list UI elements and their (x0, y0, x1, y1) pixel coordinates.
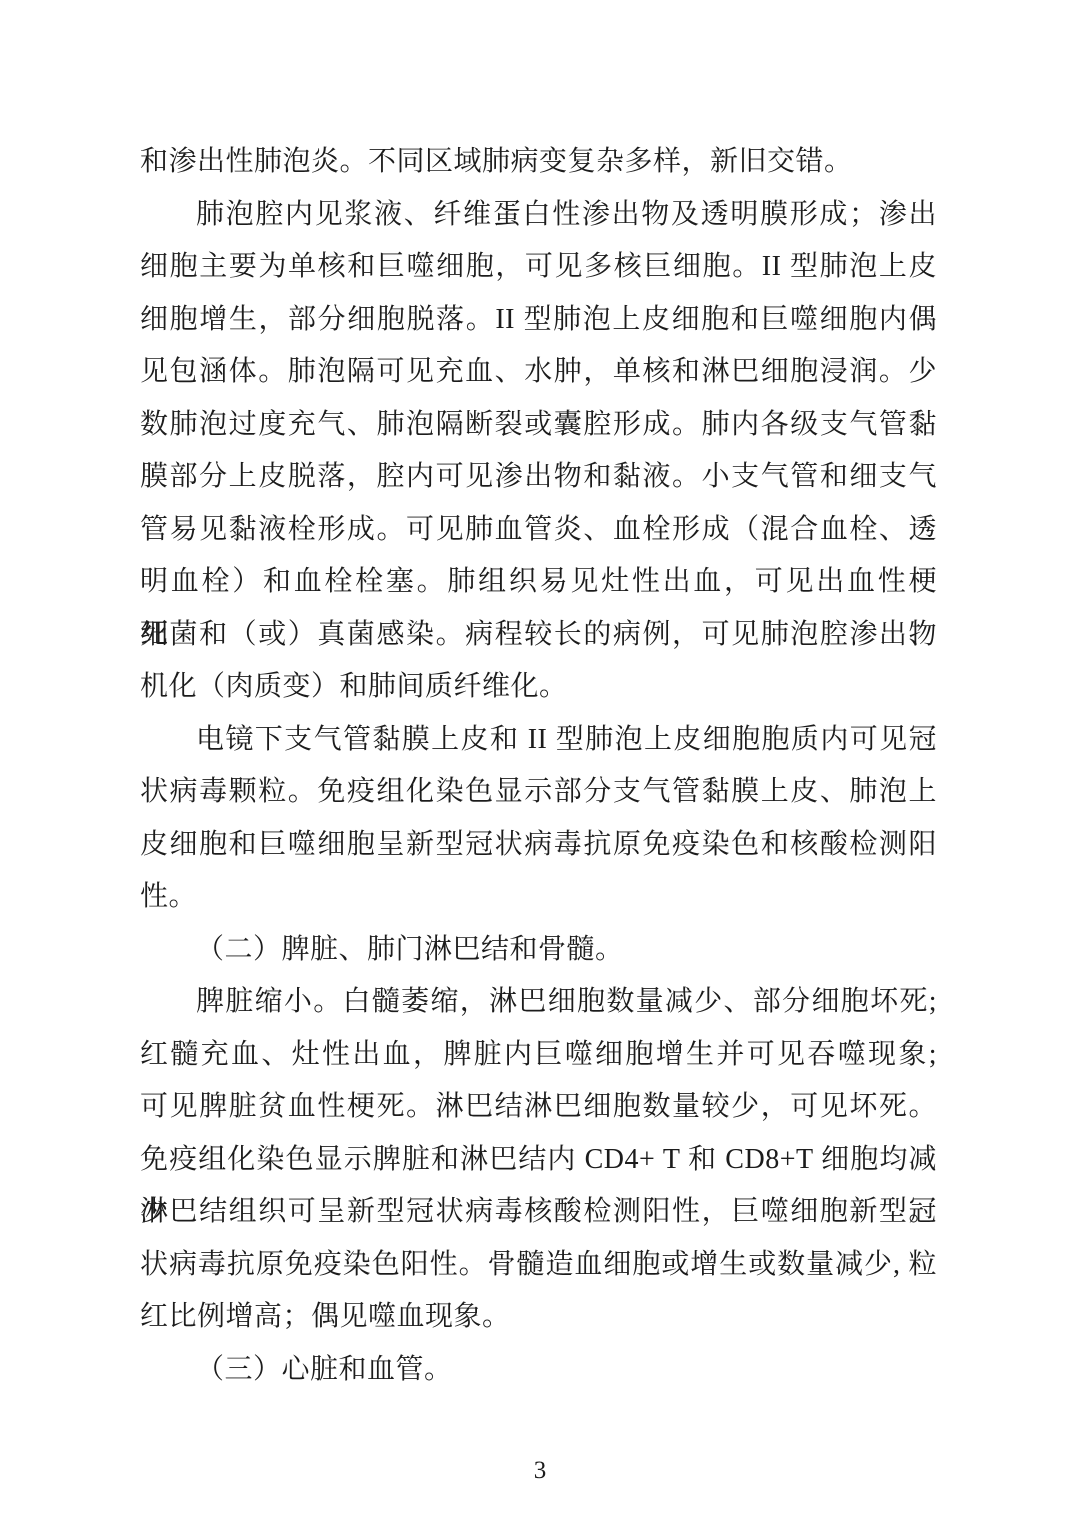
document-page: 和渗出性肺泡炎。不同区域肺病变复杂多样，新旧交错。 肺泡腔内见浆液、纤维蛋白性渗… (0, 0, 1080, 1527)
body-text-line: 肺泡腔内见浆液、纤维蛋白性渗出物及透明膜形成；渗出 (140, 189, 937, 242)
body-text-line: 免疫组化染色显示脾脏和淋巴结内 CD4+ T 和 CD8+T 细胞均减少。 (140, 1134, 937, 1187)
section-heading-spleen: （二）脾脏、肺门淋巴结和骨髓。 (140, 924, 937, 977)
body-text-line: 状病毒颗粒。免疫组化染色显示部分支气管黏膜上皮、肺泡上 (140, 766, 937, 819)
document-body: 和渗出性肺泡炎。不同区域肺病变复杂多样，新旧交错。 肺泡腔内见浆液、纤维蛋白性渗… (140, 136, 937, 1396)
body-text-line: 状病毒抗原免疫染色阳性。骨髓造血细胞或增生或数量减少, 粒 (140, 1239, 937, 1292)
body-text-line: 明血栓）和血栓栓塞。肺组织易见灶性出血，可见出血性梗死、 (140, 556, 937, 609)
body-text-line: 淋巴结组织可呈新型冠状病毒核酸检测阳性，巨噬细胞新型冠 (140, 1186, 937, 1239)
body-text-line: 细胞主要为单核和巨噬细胞，可见多核巨细胞。II 型肺泡上皮 (140, 241, 937, 294)
body-text-line: 红比例增高；偶见噬血现象。 (140, 1291, 937, 1344)
body-text-line: 细菌和（或）真菌感染。病程较长的病例，可见肺泡腔渗出物 (140, 609, 937, 662)
body-text-line: 可见脾脏贫血性梗死。淋巴结淋巴细胞数量较少，可见坏死。 (140, 1081, 937, 1134)
body-text-line: 见包涵体。肺泡隔可见充血、水肿，单核和淋巴细胞浸润。少 (140, 346, 937, 399)
body-text-line: 红髓充血、灶性出血，脾脏内巨噬细胞增生并可见吞噬现象; (140, 1029, 937, 1082)
body-text-line: 脾脏缩小。白髓萎缩，淋巴细胞数量减少、部分细胞坏死; (140, 976, 937, 1029)
body-text-line: 数肺泡过度充气、肺泡隔断裂或囊腔形成。肺内各级支气管黏 (140, 399, 937, 452)
body-text-line: 管易见黏液栓形成。可见肺血管炎、血栓形成（混合血栓、透 (140, 504, 937, 557)
page-number: 3 (0, 1456, 1080, 1486)
body-text-line: 性。 (140, 871, 937, 924)
body-text-line: 和渗出性肺泡炎。不同区域肺病变复杂多样，新旧交错。 (140, 136, 937, 189)
body-text-line: 细胞增生，部分细胞脱落。II 型肺泡上皮细胞和巨噬细胞内偶 (140, 294, 937, 347)
section-heading-heart: （三）心脏和血管。 (140, 1344, 937, 1397)
body-text-line: 机化（肉质变）和肺间质纤维化。 (140, 661, 937, 714)
body-text-line: 电镜下支气管黏膜上皮和 II 型肺泡上皮细胞胞质内可见冠 (140, 714, 937, 767)
body-text-line: 皮细胞和巨噬细胞呈新型冠状病毒抗原免疫染色和核酸检测阳 (140, 819, 937, 872)
body-text-line: 膜部分上皮脱落，腔内可见渗出物和黏液。小支气管和细支气 (140, 451, 937, 504)
